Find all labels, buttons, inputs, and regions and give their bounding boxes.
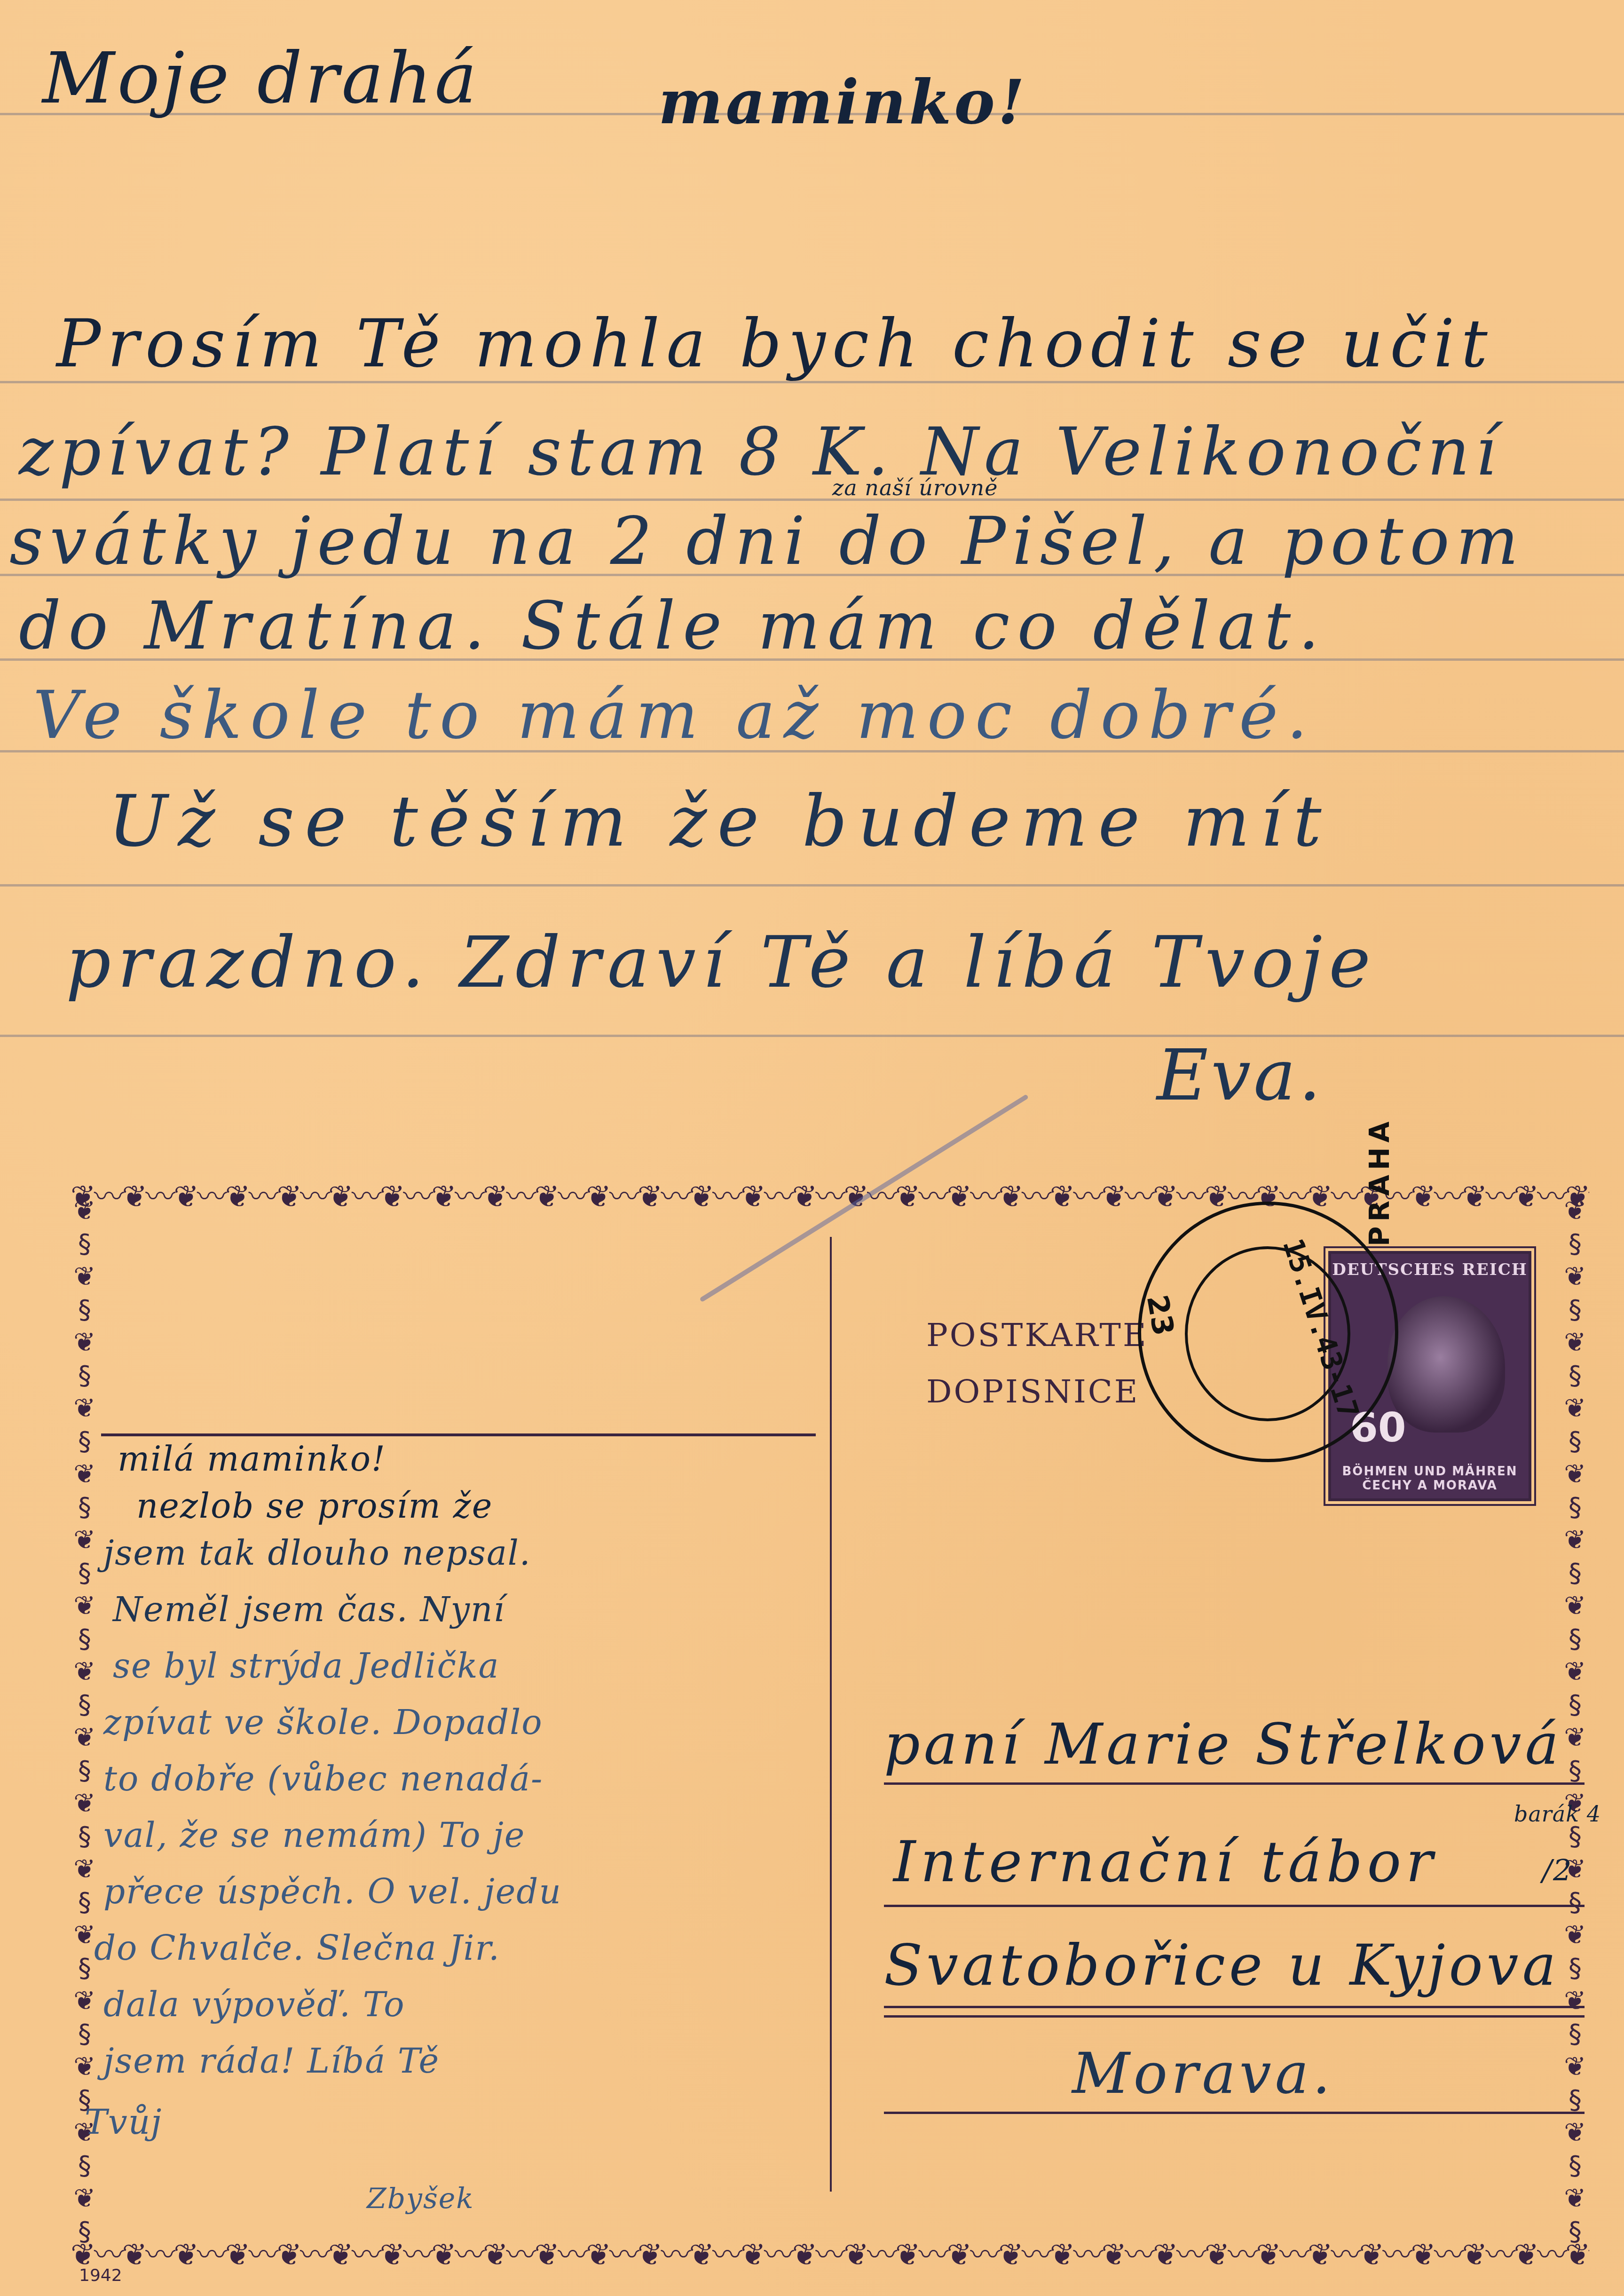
ruled-line	[0, 884, 1624, 887]
message-line: do Chvalče. Slečna Jir.	[94, 1928, 500, 1968]
address-camp-suffix: /2	[1542, 1853, 1572, 1887]
ornamental-border-left: ❦§❦§❦§❦§❦§❦§❦§❦§❦§❦§❦§❦§❦§❦§❦§❦§	[71, 1195, 99, 2257]
postcard-center-divider	[830, 1237, 832, 2192]
ruled-line	[0, 499, 1624, 501]
message-line: jsem tak dlouho nepsal.	[103, 1533, 531, 1573]
address-town: Svatobořice u Kyjova	[884, 1933, 1560, 1998]
ornamental-border-top: ❦〰❦〰❦〰❦〰❦〰❦〰❦〰❦〰❦〰❦〰❦〰❦〰❦〰❦〰❦〰❦〰❦〰❦〰❦〰❦〰…	[71, 1180, 1589, 1213]
address-rule	[884, 1782, 1585, 1785]
message-line: Neměl jsem čas. Nyní	[113, 1590, 505, 1629]
address-barracks-note: barák 4	[1514, 1801, 1601, 1827]
postmark-city: PRAHA	[1364, 1117, 1395, 1247]
letter-signature-eva: Eva.	[1157, 1035, 1324, 1116]
ornamental-border-bottom: ❦〰❦〰❦〰❦〰❦〰❦〰❦〰❦〰❦〰❦〰❦〰❦〰❦〰❦〰❦〰❦〰❦〰❦〰❦〰❦〰…	[71, 2239, 1589, 2272]
message-line: jsem ráda! Líbá Tě	[103, 2041, 440, 2081]
address-rule	[884, 2015, 1585, 2018]
address-rule	[884, 2112, 1585, 2114]
message-signature: Zbyšek	[367, 2182, 474, 2215]
address-rule	[884, 1905, 1585, 1907]
message-line: se byl strýda Jedlička	[113, 1646, 500, 1686]
letter-line-3: svátky jedu na 2 dni do Pišel, a potom	[9, 503, 1525, 580]
ornamental-border-right: ❦§❦§❦§❦§❦§❦§❦§❦§❦§❦§❦§❦§❦§❦§❦§❦§	[1561, 1195, 1589, 2257]
letter-line-2: zpívat? Platí stam 8 K. Na Velikonoční	[19, 414, 1502, 491]
postmark-number: 23	[1140, 1292, 1181, 1338]
interlinear-note: za naší úrovně	[832, 475, 998, 500]
postcard-title-cz: DOPISNICE	[926, 1373, 1140, 1410]
address-region: Morava.	[1072, 2041, 1334, 2106]
letter-line-7: prazdno. Zdraví Tě a líbá Tvoje	[66, 922, 1377, 1004]
stamp-region: BÖHMEN UND MÄHREN ČECHY A MORAVA	[1331, 1465, 1529, 1493]
message-line: dala výpověď. To	[103, 1985, 405, 2024]
ruled-line	[0, 1035, 1624, 1037]
salutation-maminko: maminko!	[658, 66, 1027, 138]
message-line: zpívat ve škole. Dopadlo	[103, 1702, 543, 1742]
address-recipient: paní Marie Střelková	[884, 1712, 1562, 1777]
message-area-rule	[101, 1433, 816, 1436]
letter-line-5: Ve škole to mám až moc dobré.	[33, 677, 1316, 754]
letter-line-1: Prosím Tě mohla bych chodit se učit	[56, 306, 1494, 382]
message-line: milá maminko!	[118, 1439, 386, 1479]
message-line: nezlob se prosím že	[136, 1486, 493, 1526]
salutation-moje-draha: Moje drahá	[42, 38, 480, 119]
stamp-region-cz: ČECHY A MORAVA	[1331, 1479, 1529, 1493]
stamp-region-de: BÖHMEN UND MÄHREN	[1331, 1465, 1529, 1479]
print-year: 1942	[79, 2266, 122, 2285]
message-line: val, že se nemám) To je	[103, 1815, 525, 1855]
message-line: to dobře (vůbec nenadá-	[103, 1759, 543, 1798]
letter-line-4: do Mratína. Stále mám co dělat.	[19, 588, 1327, 665]
address-camp: Internační tábor	[893, 1829, 1437, 1895]
postcard-title-de: POSTKARTE	[926, 1317, 1148, 1354]
message-line: Tvůj	[85, 2102, 162, 2142]
address-rule	[884, 2006, 1585, 2008]
message-line: přece úspěch. O vel. jedu	[103, 1872, 562, 1911]
letter-line-6: Už se těším že budeme mít	[108, 781, 1332, 863]
